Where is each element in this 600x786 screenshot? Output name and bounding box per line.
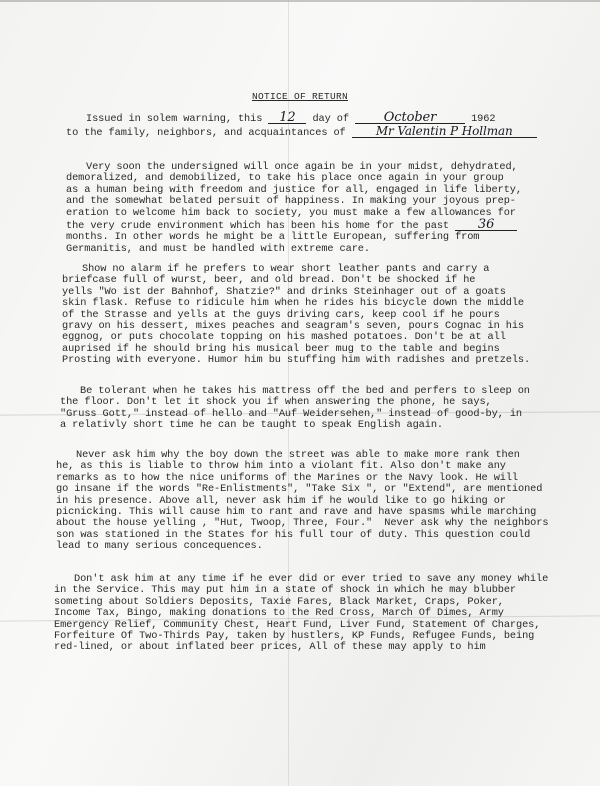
text-line: lead to many serious concequences.: [56, 541, 548, 552]
text-line: Prosting with everyone. Humor him bu stu…: [62, 355, 530, 366]
text-line: the very crude environment which has bee…: [66, 220, 455, 232]
text-line: go insane if the words "Re-Enlistments",…: [56, 484, 548, 495]
intro-text: to the family, neighbors, and acquaintan…: [66, 127, 352, 139]
recipient-name-field: Mr Valentin P Hollman: [352, 126, 537, 138]
paragraph-1: Very soon the undersigned will once agai…: [66, 162, 522, 255]
text-line: eration to welcome him back to society, …: [66, 208, 522, 219]
intro-text: day of: [306, 113, 355, 125]
intro-line-2: to the family, neighbors, and acquaintan…: [66, 126, 537, 139]
text-line: a relativly short time he can be taught …: [60, 420, 530, 431]
paragraph-2: Show no alarm if he prefers to wear shor…: [62, 264, 530, 367]
document-title: NOTICE OF RETURN: [0, 91, 600, 102]
text-line: Germanitis, and must be handled with ext…: [66, 244, 522, 255]
text-line-with-field: the very crude environment which has bee…: [66, 219, 522, 232]
text-line: and the somewhat belated persuit of happ…: [66, 196, 522, 207]
paragraph-3: Be tolerant when he takes his mattress o…: [60, 386, 530, 432]
text-line: Income Tax, Bingo, making donations to t…: [54, 608, 548, 619]
day-field: 12: [268, 112, 306, 124]
text-line: skin flask. Refuse to ridicule him when …: [62, 298, 530, 309]
months-field: 36: [455, 219, 517, 231]
intro-text: Issued in solem warning, this: [66, 113, 268, 125]
text-line: red-lined, or about inflated beer prices…: [54, 642, 548, 653]
paper-top-edge: [0, 0, 600, 2]
paragraph-4: Never ask him why the boy down the stree…: [56, 450, 548, 553]
month-field: October: [355, 112, 465, 124]
paragraph-5: Don't ask him at any time if he ever did…: [54, 574, 548, 654]
